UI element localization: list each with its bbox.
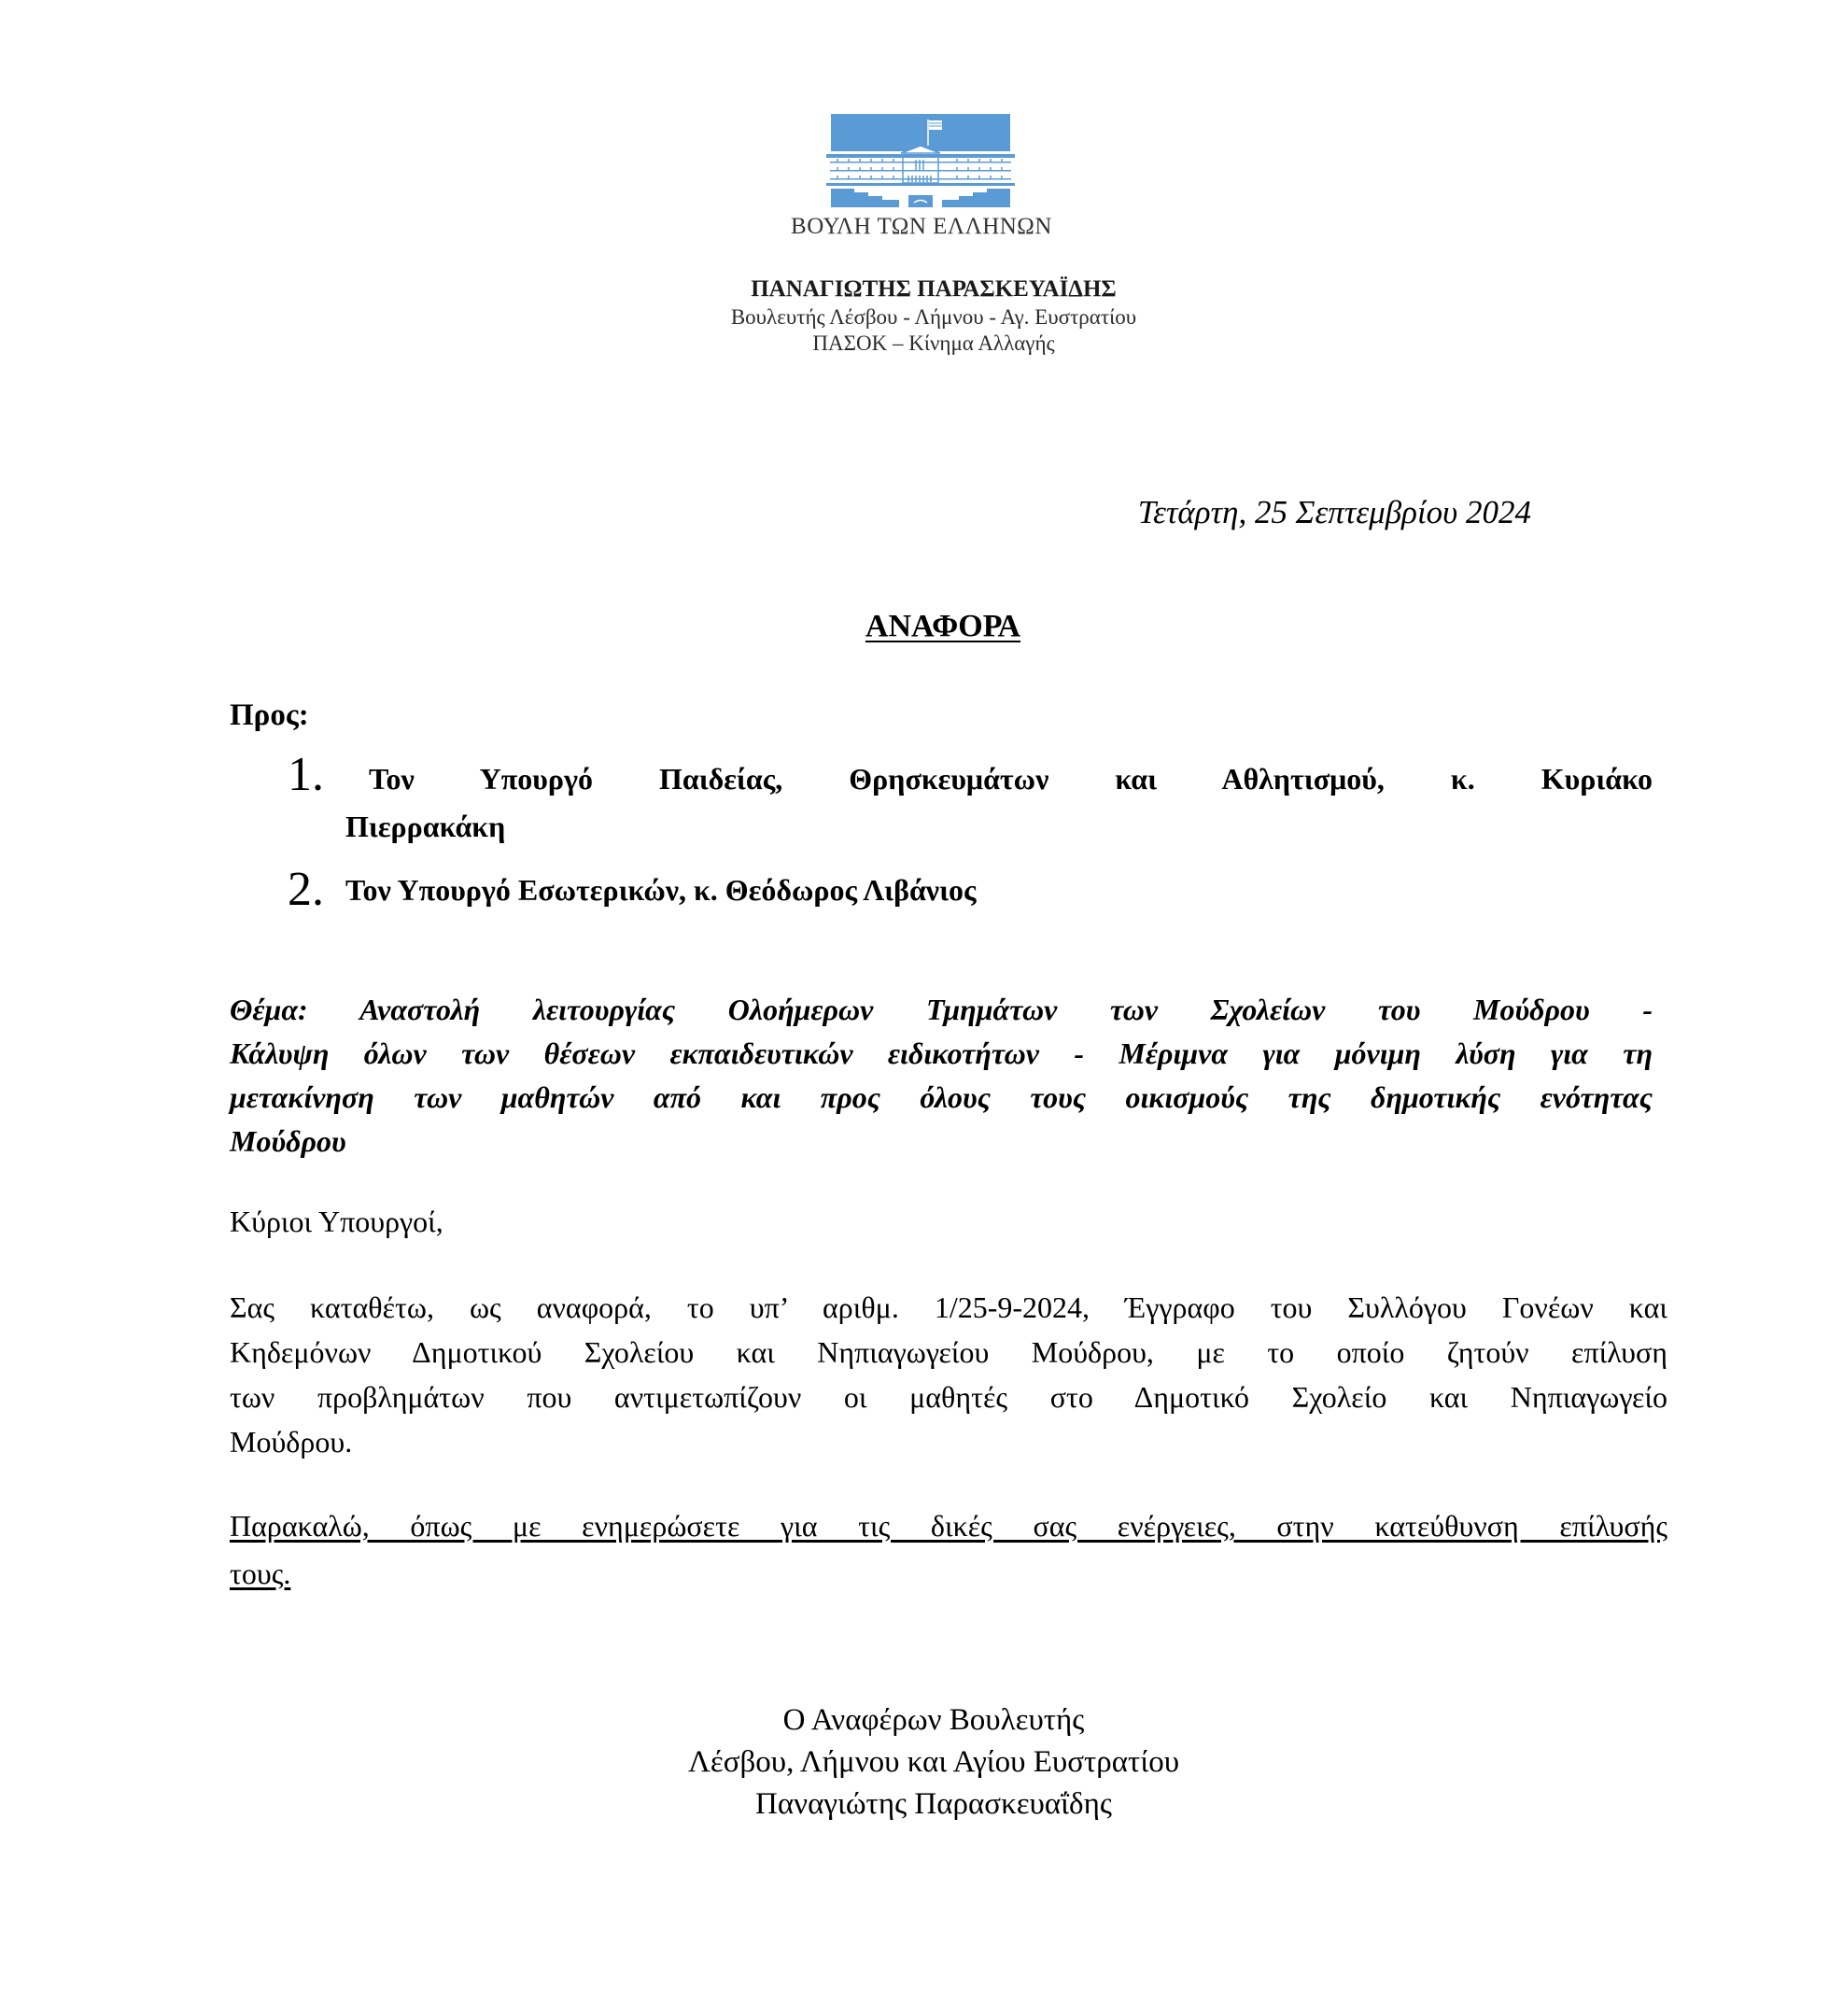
- recipient-item-2: Τον Υπουργό Εσωτερικών, κ. Θεόδωρος Λιβά…: [345, 873, 977, 908]
- body-line: Κηδεμόνων Δημοτικού Σχολείου και Νηπιαγω…: [230, 1330, 1667, 1375]
- recipient-item-1-continued: Πιερρακάκη: [345, 810, 505, 844]
- signature-block: Ο Αναφέρων Βουλευτής Λέσβου, Λήμνου και …: [560, 1699, 1307, 1826]
- subject-line: Μούδρου: [230, 1120, 1653, 1163]
- recipient-item-1: Τον Υπουργό Παιδείας, Θρησκευμάτων και Α…: [369, 762, 1653, 797]
- subject-line: Θέμα: Αναστολή λειτουργίας Ολοήμερων Τμη…: [230, 988, 1653, 1032]
- salutation: Κύριοι Υπουργοί,: [230, 1205, 443, 1239]
- signature-constituency: Λέσβου, Λήμνου και Αγίου Ευστρατίου: [560, 1741, 1307, 1783]
- parliament-name: ΒΟΥΛΗ ΤΩΝ ΕΛΛΗΝΩΝ: [735, 214, 1108, 240]
- signature-title: Ο Αναφέρων Βουλευτής: [560, 1699, 1307, 1741]
- body-line: Σας καταθέτω, ως αναφορά, το υπ’ αριθμ. …: [230, 1285, 1667, 1330]
- parliament-logo-icon: [826, 114, 1015, 211]
- body-paragraph: Σας καταθέτω, ως αναφορά, το υπ’ αριθμ. …: [230, 1285, 1667, 1464]
- mp-party: ΠΑΣΟΚ – Κίνημα Αλλαγής: [560, 331, 1307, 356]
- document-date: Τετάρτη, 25 Σεπτεμβρίου 2024: [934, 494, 1531, 531]
- document-title: ΑΝΑΦΟΡΑ: [0, 609, 1843, 644]
- mp-role: Βουλευτής Λέσβου - Λήμνου - Αγ. Ευστρατί…: [560, 305, 1307, 330]
- subject-line: μετακίνηση των μαθητών από και προς όλου…: [230, 1076, 1653, 1120]
- mp-name: ΠΑΝΑΓΙΩΤΗΣ ΠΑΡΑΣΚΕΥΑΪΔΗΣ: [560, 276, 1307, 303]
- recipient-number: 1.: [288, 747, 324, 802]
- recipients-label: Προς:: [230, 698, 309, 733]
- recipient-number: 2.: [288, 862, 324, 917]
- subject-block: Θέμα: Αναστολή λειτουργίας Ολοήμερων Τμη…: [230, 988, 1653, 1163]
- subject-line: Κάλυψη όλων των θέσεων εκπαιδευτικών ειδ…: [230, 1032, 1653, 1076]
- signature-name: Παναγιώτης Παρασκευαΐδης: [560, 1783, 1307, 1826]
- body-line: των προβλημάτων που αντιμετωπίζουν οι μα…: [230, 1375, 1667, 1419]
- request-line: Παρακαλώ, όπως με ενημερώσετε για τις δι…: [230, 1502, 1667, 1550]
- request-line: τους.: [230, 1550, 1667, 1598]
- request-paragraph: Παρακαλώ, όπως με ενημερώσετε για τις δι…: [230, 1502, 1667, 1598]
- body-line: Μούδρου.: [230, 1419, 1667, 1464]
